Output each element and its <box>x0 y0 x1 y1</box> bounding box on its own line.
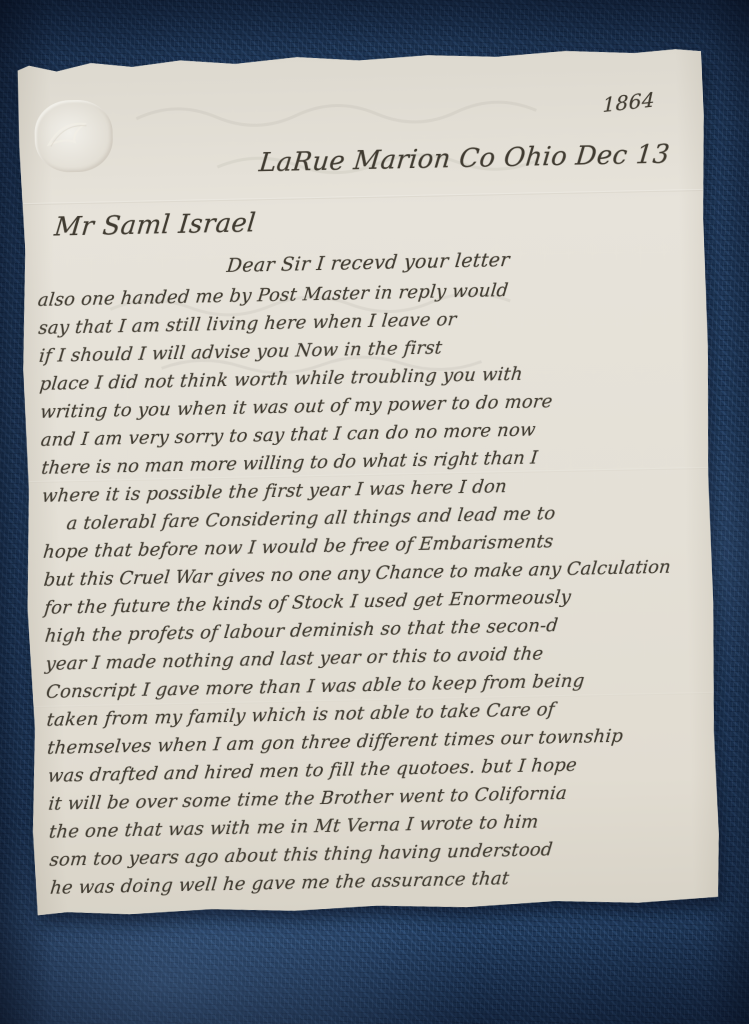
letter-body: also one handed me by Post Master in rep… <box>36 273 717 903</box>
fold-crease-top <box>18 189 706 205</box>
letter-page: 1864 LaRue Marion Co Ohio Dec 13 Mr Saml… <box>15 47 721 917</box>
letter-year: 1864 <box>602 87 655 117</box>
letter-photograph: 1864 LaRue Marion Co Ohio Dec 13 Mr Saml… <box>0 0 749 1024</box>
embossed-seal <box>34 99 113 173</box>
paper-sheet: 1864 LaRue Marion Co Ohio Dec 13 Mr Saml… <box>15 47 721 917</box>
letter-salutation: Dear Sir I recevd your letter <box>226 249 511 277</box>
letter-recipient: Mr Saml Israel <box>53 208 257 242</box>
embossed-seal-figure <box>34 99 113 173</box>
letter-dateline: LaRue Marion Co Ohio Dec 13 <box>258 140 672 179</box>
